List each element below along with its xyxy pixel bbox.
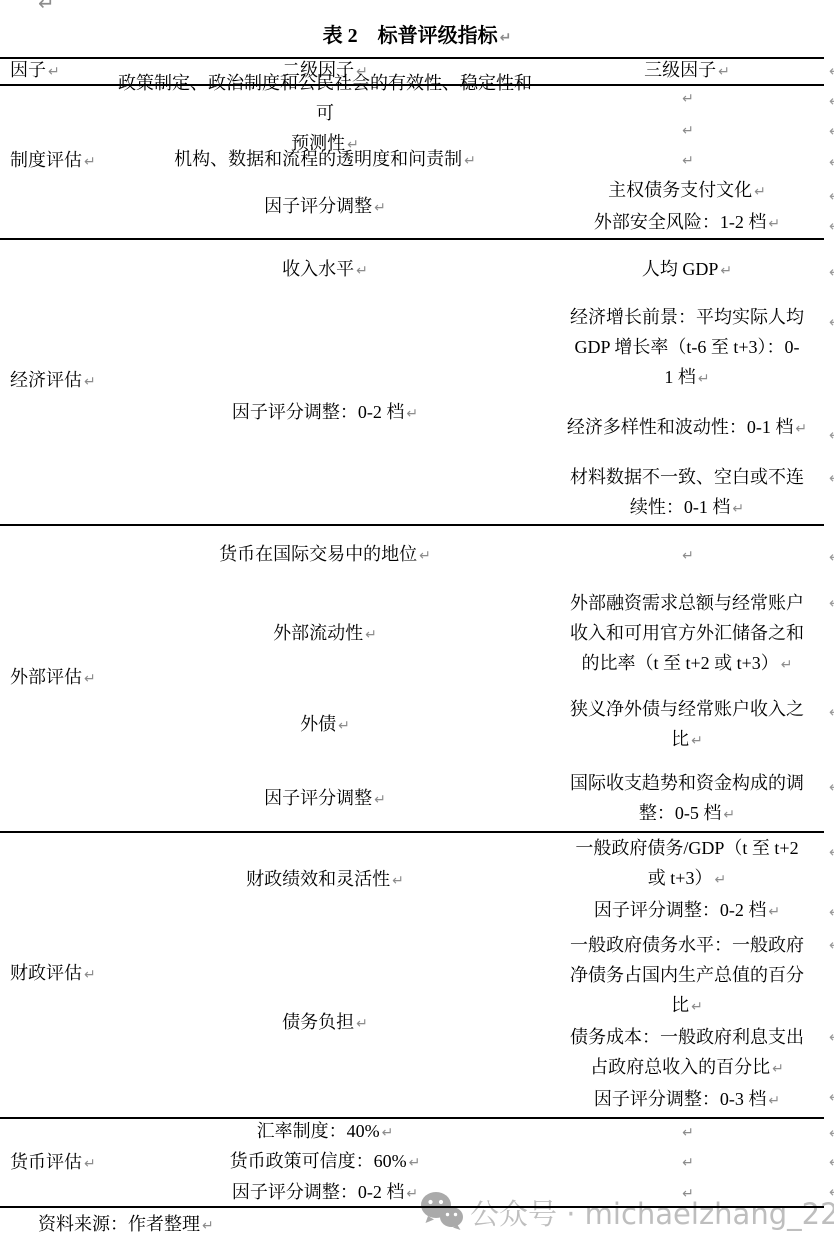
return-mark-icon: ↵ bbox=[38, 0, 55, 15]
row-end-mark-icon: ↵ bbox=[829, 779, 834, 795]
row-end-mark-icon: ↵ bbox=[829, 1154, 834, 1170]
table-cell-text: 一般政府债务/GDP（t 至 t+2 或 t+3） bbox=[575, 838, 798, 888]
return-mark-icon: ↵ bbox=[365, 627, 377, 643]
table-cell-paragraph: 货币在国际交易中的地位↵ bbox=[110, 539, 540, 571]
row-end-mark-icon: ↵ bbox=[829, 427, 834, 443]
table-cell-text: 因子评分调整 bbox=[264, 196, 372, 216]
table-cell-text: 因子 bbox=[10, 60, 46, 80]
watermark-text: 公众号 · michaelzhang_22_0808 bbox=[470, 1191, 834, 1237]
table-cell-text: 债务成本：一般政府利息支出 占政府总收入的百分比 bbox=[570, 1027, 804, 1077]
return-mark-icon: ↵ bbox=[84, 154, 96, 170]
secondary-factor-cell: 因子评分调整↵ bbox=[110, 176, 540, 238]
return-mark-icon: ↵ bbox=[202, 1218, 214, 1234]
table-cell-text: 债务负担 bbox=[282, 1012, 354, 1032]
secondary-factor-cell: 财政绩效和灵活性↵ bbox=[110, 831, 540, 928]
table-cell-paragraph: 货币政策可信度：60%↵ bbox=[110, 1146, 540, 1178]
table-cell-paragraph: 经济增长前景：平均实际人均 GDP 增长率（t-6 至 t+3）：0- 1 档↵ bbox=[540, 302, 834, 394]
return-mark-icon: ↵ bbox=[772, 1061, 784, 1077]
return-mark-icon: ↵ bbox=[723, 807, 735, 823]
row-end-mark-icon: ↵ bbox=[829, 218, 834, 234]
secondary-factor-cell: 货币政策可信度：60%↵ bbox=[110, 1147, 540, 1177]
tertiary-factor-cell: 人均 GDP↵ bbox=[540, 238, 834, 302]
return-mark-icon: ↵ bbox=[682, 548, 694, 564]
table-border-line bbox=[0, 57, 824, 59]
table-cell-text: 一般政府债务水平：一般政府 净债务占国内生产总值的百分 比 bbox=[570, 935, 804, 1015]
source-note-text: 资料来源：作者整理 bbox=[38, 1214, 200, 1234]
table-cell-text: 收入水平 bbox=[282, 259, 354, 279]
table-cell-paragraph: 狭义净外债与经常账户收入之 比↵ bbox=[540, 694, 834, 756]
row-end-mark-icon: ↵ bbox=[829, 595, 834, 611]
table-title: 表 2 标普评级指标↵ bbox=[0, 21, 834, 53]
return-mark-icon: ↵ bbox=[682, 123, 694, 139]
table-row: 货币在国际交易中的地位↵↵ bbox=[110, 524, 834, 586]
return-mark-icon: ↵ bbox=[382, 1125, 394, 1141]
return-mark-icon: ↵ bbox=[768, 904, 780, 920]
row-end-mark-icon: ↵ bbox=[829, 937, 834, 953]
return-mark-icon: ↵ bbox=[84, 967, 96, 983]
table-cell-paragraph: 一般政府债务水平：一般政府 净债务占国内生产总值的百分 比↵ bbox=[540, 930, 834, 1022]
return-mark-icon: ↵ bbox=[419, 548, 431, 564]
table-cell-paragraph: ↵ bbox=[540, 1146, 834, 1178]
return-mark-icon: ↵ bbox=[374, 792, 386, 808]
table-cell-text: 因子评分调整 bbox=[264, 788, 372, 808]
factor-cell: 制度评估↵ bbox=[0, 84, 110, 238]
table-cell-paragraph: 因子评分调整：0-2 档↵ bbox=[540, 895, 834, 927]
return-mark-icon: ↵ bbox=[356, 263, 368, 279]
row-end-mark-icon: ↵ bbox=[829, 1089, 834, 1105]
return-mark-icon: ↵ bbox=[356, 1016, 368, 1032]
return-mark-icon: ↵ bbox=[732, 501, 744, 517]
tertiary-factor-cell: ↵ bbox=[540, 1117, 834, 1147]
table-cell-text: 经济评估 bbox=[10, 370, 82, 390]
table-cell-paragraph: 货币评估↵ bbox=[10, 1147, 96, 1179]
table-row: 汇率制度：40%↵↵ bbox=[110, 1117, 834, 1147]
return-mark-icon: ↵ bbox=[84, 671, 96, 687]
return-mark-icon: ↵ bbox=[720, 263, 732, 279]
table-row: 因子评分调整↵主权债务支付文化↵外部安全风险：1-2 档↵ bbox=[110, 176, 834, 238]
secondary-factor-cell: 因子评分调整：0-2 档↵ bbox=[110, 302, 540, 524]
table-row: 因子评分调整↵国际收支趋势和资金构成的调 整：0-5 档↵ bbox=[110, 767, 834, 831]
table-cell-paragraph: 外部评估↵ bbox=[10, 662, 96, 694]
row-end-mark-icon: ↵ bbox=[829, 93, 834, 109]
table-section: 经济评估↵收入水平↵人均 GDP↵因子评分调整：0-2 档↵经济增长前景：平均实… bbox=[0, 238, 834, 524]
header-cell-factor: 因子↵ bbox=[0, 57, 110, 84]
table-cell-paragraph: 人均 GDP↵ bbox=[540, 254, 834, 286]
table-cell-text: 货币评估 bbox=[10, 1152, 82, 1172]
table-cell-paragraph: ↵ bbox=[540, 144, 834, 176]
table-row: 因子评分调整：0-2 档↵经济增长前景：平均实际人均 GDP 增长率（t-6 至… bbox=[110, 302, 834, 524]
table-cell-paragraph: 因子评分调整：0-2 档↵ bbox=[110, 397, 540, 429]
table-cell-paragraph: 财政评估↵ bbox=[10, 958, 96, 990]
factor-cell: 财政评估↵ bbox=[0, 831, 110, 1117]
table-cell-paragraph: 经济多样性和波动性：0-1 档↵ bbox=[540, 412, 834, 444]
table-cell-paragraph: 债务成本：一般政府利息支出 占政府总收入的百分比↵ bbox=[540, 1022, 834, 1084]
row-end-mark-icon: ↵ bbox=[829, 154, 834, 170]
row-end-mark-icon: ↵ bbox=[829, 549, 834, 565]
wechat-icon bbox=[420, 1190, 464, 1237]
table-border-line bbox=[0, 84, 824, 86]
return-mark-icon: ↵ bbox=[84, 1156, 96, 1172]
table-cell-paragraph: 国际收支趋势和资金构成的调 整：0-5 档↵ bbox=[540, 768, 834, 830]
table-cell-text: 外部融资需求总额与经常账户 收入和可用官方外汇储备之和 的比率（t 至 t+2 … bbox=[570, 593, 804, 673]
row-end-mark-icon: ↵ bbox=[829, 704, 834, 720]
table-cell-text: 经济增长前景：平均实际人均 GDP 增长率（t-6 至 t+3）：0- 1 档 bbox=[570, 307, 804, 387]
table-cell-text: 货币政策可信度：60% bbox=[230, 1151, 407, 1171]
table-border-line bbox=[0, 1117, 824, 1119]
return-mark-icon: ↵ bbox=[682, 1155, 694, 1171]
table-cell-paragraph: 收入水平↵ bbox=[110, 254, 540, 286]
table-cell-text: 货币在国际交易中的地位 bbox=[219, 544, 417, 564]
table-border-line bbox=[0, 1206, 824, 1208]
table-title-text: 表 2 标普评级指标 bbox=[323, 25, 498, 47]
table-cell-paragraph: 经济评估↵ bbox=[10, 365, 96, 397]
tertiary-factor-cell: ↵ bbox=[540, 144, 834, 176]
return-mark-icon: ↵ bbox=[698, 371, 710, 387]
table-cell-paragraph: 外债↵ bbox=[110, 709, 540, 741]
return-mark-icon: ↵ bbox=[691, 999, 703, 1015]
table-cell-paragraph: ↵ bbox=[540, 114, 834, 146]
table-row: 财政绩效和灵活性↵一般政府债务/GDP（t 至 t+2 或 t+3）↵因子评分调… bbox=[110, 831, 834, 928]
table-cell-text: 人均 GDP bbox=[642, 259, 719, 279]
return-mark-icon: ↵ bbox=[768, 216, 780, 232]
row-end-mark-icon: ↵ bbox=[829, 470, 834, 486]
table-row: 债务负担↵一般政府债务水平：一般政府 净债务占国内生产总值的百分 比↵债务成本：… bbox=[110, 928, 834, 1117]
table-cell-text: 机构、数据和流程的透明度和问责制 bbox=[174, 149, 462, 169]
table-cell-text: 狭义净外债与经常账户收入之 比 bbox=[570, 699, 804, 749]
table-cell-text: 因子评分调整：0-2 档 bbox=[232, 1182, 405, 1202]
return-mark-icon: ↵ bbox=[754, 184, 766, 200]
return-mark-icon: ↵ bbox=[795, 421, 807, 437]
table-border-line bbox=[0, 831, 824, 833]
secondary-factor-cell: 外部流动性↵ bbox=[110, 586, 540, 682]
secondary-factor-cell: 外债↵ bbox=[110, 682, 540, 767]
return-mark-icon: ↵ bbox=[682, 91, 694, 107]
factor-cell: 经济评估↵ bbox=[0, 238, 110, 524]
table-cell-text: 外部流动性 bbox=[273, 623, 363, 643]
table-cell-paragraph: 因子评分调整↵ bbox=[110, 783, 540, 815]
table-cell-text: 因子评分调整：0-3 档 bbox=[594, 1089, 767, 1109]
table-cell-paragraph: ↵ bbox=[540, 1116, 834, 1148]
table-row: 外部流动性↵外部融资需求总额与经常账户 收入和可用官方外汇储备之和 的比率（t … bbox=[110, 586, 834, 682]
document-page: ↵ 表 2 标普评级指标↵ 因子↵二级因子↵三级因子↵制度评估↵政策制定、政治制… bbox=[0, 0, 834, 1245]
secondary-factor-cell: 因子评分调整↵ bbox=[110, 767, 540, 831]
table-row: 货币政策可信度：60%↵↵ bbox=[110, 1147, 834, 1177]
row-end-mark-icon: ↵ bbox=[829, 314, 834, 330]
table-cell-paragraph: 财政绩效和灵活性↵ bbox=[110, 864, 540, 896]
table-cell-paragraph: 因子评分调整↵ bbox=[110, 191, 540, 223]
row-end-mark-icon: ↵ bbox=[829, 1029, 834, 1045]
return-mark-icon: ↵ bbox=[84, 374, 96, 390]
row-end-mark-icon: ↵ bbox=[829, 1125, 834, 1141]
table-section: 外部评估↵货币在国际交易中的地位↵↵外部流动性↵外部融资需求总额与经常账户 收入… bbox=[0, 524, 834, 831]
table-section: 制度评估↵政策制定、政治制度和公民社会的有效性、稳定性和可 预测性↵↵↵机构、数… bbox=[0, 84, 834, 238]
return-mark-icon: ↵ bbox=[406, 406, 418, 422]
table-cell-text: 因子评分调整：0-2 档 bbox=[594, 900, 767, 920]
table-cell-paragraph: 因子评分调整：0-3 档↵ bbox=[540, 1084, 834, 1116]
table-cell-text: 主权债务支付文化 bbox=[608, 180, 752, 200]
tertiary-factor-cell: 狭义净外债与经常账户收入之 比↵ bbox=[540, 682, 834, 767]
tertiary-factor-cell: 主权债务支付文化↵外部安全风险：1-2 档↵ bbox=[540, 176, 834, 238]
table-row: 机构、数据和流程的透明度和问责制↵↵ bbox=[110, 144, 834, 176]
header-cell-tertiary-factor: 三级因子↵ bbox=[540, 57, 834, 84]
table-cell-paragraph: ↵ bbox=[540, 539, 834, 571]
table-cell-paragraph: 因子↵ bbox=[10, 55, 60, 87]
table-row: 外债↵狭义净外债与经常账户收入之 比↵ bbox=[110, 682, 834, 767]
table-cell-paragraph: 主权债务支付文化↵ bbox=[540, 175, 834, 207]
tertiary-factor-cell: ↵ bbox=[540, 524, 834, 586]
return-mark-icon: ↵ bbox=[374, 200, 386, 216]
return-mark-icon: ↵ bbox=[682, 1125, 694, 1141]
table-cell-paragraph: 债务负担↵ bbox=[110, 1007, 540, 1039]
row-end-mark-icon: ↵ bbox=[829, 1184, 834, 1200]
table-cell-paragraph: 机构、数据和流程的透明度和问责制↵ bbox=[110, 144, 540, 176]
tertiary-factor-cell: 外部融资需求总额与经常账户 收入和可用官方外汇储备之和 的比率（t 至 t+2 … bbox=[540, 586, 834, 682]
return-mark-icon: ↵ bbox=[682, 153, 694, 169]
secondary-factor-cell: 政策制定、政治制度和公民社会的有效性、稳定性和可 预测性↵ bbox=[110, 84, 540, 144]
factor-cell: 货币评估↵ bbox=[0, 1117, 110, 1208]
table-cell-text: 因子评分调整：0-2 档 bbox=[232, 402, 405, 422]
table-section: 财政评估↵财政绩效和灵活性↵一般政府债务/GDP（t 至 t+2 或 t+3）↵… bbox=[0, 831, 834, 1117]
return-mark-icon: ↵ bbox=[768, 1093, 780, 1109]
table-row: 政策制定、政治制度和公民社会的有效性、稳定性和可 预测性↵↵↵ bbox=[110, 84, 834, 144]
watermark: 公众号 · michaelzhang_22_0808 bbox=[420, 1190, 834, 1237]
table-cell-paragraph: 外部安全风险：1-2 档↵ bbox=[540, 207, 834, 239]
table-cell-paragraph: 汇率制度：40%↵ bbox=[110, 1116, 540, 1148]
factor-cell: 外部评估↵ bbox=[0, 524, 110, 831]
table-cell-paragraph: 材料数据不一致、空白或不连 续性：0-1 档↵ bbox=[540, 462, 834, 524]
tertiary-factor-cell: ↵↵ bbox=[540, 84, 834, 144]
tertiary-factor-cell: 经济增长前景：平均实际人均 GDP 增长率（t-6 至 t+3）：0- 1 档↵… bbox=[540, 302, 834, 524]
table-cell-text: 外部安全风险：1-2 档 bbox=[594, 212, 767, 232]
return-mark-icon: ↵ bbox=[406, 1186, 418, 1202]
table-border-line bbox=[0, 524, 824, 526]
table-cell-text: 制度评估 bbox=[10, 150, 82, 170]
secondary-factor-cell: 货币在国际交易中的地位↵ bbox=[110, 524, 540, 586]
table-cell-paragraph: 外部流动性↵ bbox=[110, 618, 540, 650]
table-cell-text: 国际收支趋势和资金构成的调 整：0-5 档 bbox=[570, 773, 804, 823]
return-mark-icon: ↵ bbox=[409, 1155, 421, 1171]
row-end-mark-icon: ↵ bbox=[829, 188, 834, 204]
table-row: 收入水平↵人均 GDP↵ bbox=[110, 238, 834, 302]
return-mark-icon: ↵ bbox=[464, 153, 476, 169]
secondary-factor-cell: 机构、数据和流程的透明度和问责制↵ bbox=[110, 144, 540, 176]
return-mark-icon: ↵ bbox=[338, 718, 350, 734]
tertiary-factor-cell: 一般政府债务/GDP（t 至 t+2 或 t+3）↵因子评分调整：0-2 档↵ bbox=[540, 831, 834, 928]
table-cell-text: 材料数据不一致、空白或不连 续性：0-1 档 bbox=[570, 467, 804, 517]
table-cell-text: 三级因子 bbox=[644, 60, 716, 80]
table-cell-paragraph: 一般政府债务/GDP（t 至 t+2 或 t+3）↵ bbox=[540, 833, 834, 895]
secondary-factor-cell: 汇率制度：40%↵ bbox=[110, 1117, 540, 1147]
table-cell-paragraph: ↵ bbox=[540, 82, 834, 114]
return-mark-icon: ↵ bbox=[714, 872, 726, 888]
secondary-factor-cell: 收入水平↵ bbox=[110, 238, 540, 302]
table-cell-text: 外债 bbox=[300, 714, 336, 734]
row-end-mark-icon: ↵ bbox=[829, 63, 834, 79]
return-mark-icon: ↵ bbox=[781, 657, 793, 673]
row-end-mark-icon: ↵ bbox=[829, 123, 834, 139]
table-cell-text: 汇率制度：40% bbox=[257, 1121, 380, 1141]
return-mark-icon: ↵ bbox=[392, 873, 404, 889]
return-mark-icon: ↵ bbox=[718, 64, 730, 80]
return-mark-icon: ↵ bbox=[48, 64, 60, 80]
return-mark-icon: ↵ bbox=[500, 30, 512, 46]
tertiary-factor-cell: ↵ bbox=[540, 1147, 834, 1177]
tertiary-factor-cell: 一般政府债务水平：一般政府 净债务占国内生产总值的百分 比↵债务成本：一般政府利… bbox=[540, 928, 834, 1117]
table-cell-paragraph: 外部融资需求总额与经常账户 收入和可用官方外汇储备之和 的比率（t 至 t+2 … bbox=[540, 588, 834, 680]
table-cell-text: 经济多样性和波动性：0-1 档 bbox=[567, 417, 794, 437]
row-end-mark-icon: ↵ bbox=[829, 264, 834, 280]
source-note: 资料来源：作者整理↵ bbox=[38, 1209, 214, 1241]
row-end-mark-icon: ↵ bbox=[829, 904, 834, 920]
table-cell-text: 外部评估 bbox=[10, 667, 82, 687]
tertiary-factor-cell: 国际收支趋势和资金构成的调 整：0-5 档↵ bbox=[540, 767, 834, 831]
row-end-mark-icon: ↵ bbox=[829, 844, 834, 860]
table-cell-text: 财政绩效和灵活性 bbox=[246, 869, 390, 889]
secondary-factor-cell: 债务负担↵ bbox=[110, 928, 540, 1117]
table-cell-paragraph: 制度评估↵ bbox=[10, 145, 96, 177]
return-mark-icon: ↵ bbox=[691, 733, 703, 749]
table-cell-text: 财政评估 bbox=[10, 963, 82, 983]
table-border-line bbox=[0, 238, 824, 240]
